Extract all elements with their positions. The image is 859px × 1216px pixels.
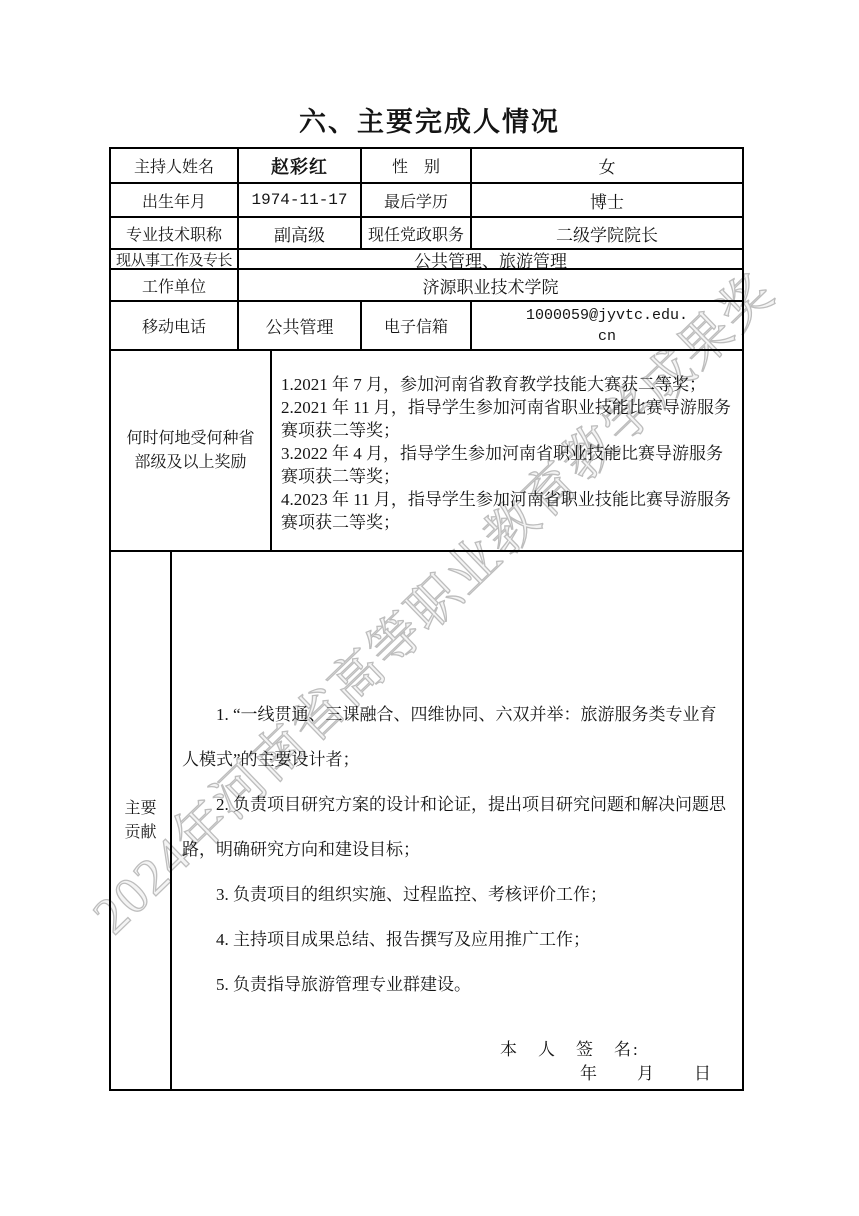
- table-row-name-gender: 主持人姓名 赵彩红 性 别 女: [111, 149, 742, 184]
- value-last-degree: 博士: [472, 184, 742, 216]
- page-title: 六、主要完成人情况: [0, 100, 859, 139]
- value-host-name: 赵彩红: [239, 149, 362, 182]
- contributions-list: 1. “一线贯通、三课融合、四维协同、六双并举：旅游服务类专业育人模式”的主要设…: [172, 552, 742, 1089]
- label-awards: 何时何地受何种省 部级及以上奖励: [111, 351, 272, 550]
- label-work-unit: 工作单位: [111, 270, 239, 300]
- contribution-item: 1. “一线贯通、三课融合、四维协同、六双并举：旅游服务类专业育人模式”的主要设…: [182, 692, 732, 782]
- document-page: 2024年河南省高等职业教育教学成果奖 六、主要完成人情况 主持人姓名 赵彩红 …: [0, 0, 859, 1216]
- award-item: 4.2023 年 11 月，指导学生参加河南省职业技能比赛导游服务赛项获二等奖；: [281, 488, 738, 534]
- label-main-contributions: 主要 贡献: [111, 552, 172, 1089]
- value-birth-date: 1974-11-17: [239, 184, 362, 216]
- award-item: 3.2022 年 4 月，指导学生参加河南省职业技能比赛导游服务赛项获二等奖；: [281, 442, 738, 488]
- label-last-degree: 最后学历: [362, 184, 472, 216]
- table-row-phone-email: 移动电话 公共管理 电子信箱 1000059@jyvtc.edu. cn: [111, 302, 742, 351]
- value-gender: 女: [472, 149, 742, 182]
- table-row-current-work: 现从事工作及专长 公共管理、旅游管理: [111, 250, 742, 270]
- contribution-item: 3. 负责项目的组织实施、过程监控、考核评价工作；: [182, 872, 732, 917]
- label-party-position: 现任党政职务: [362, 218, 472, 248]
- table-row-awards: 何时何地受何种省 部级及以上奖励 1.2021 年 7 月，参加河南省教育教学技…: [111, 351, 742, 552]
- value-current-work: 公共管理、旅游管理: [239, 250, 742, 268]
- award-item: 1.2021 年 7 月，参加河南省教育教学技能大赛获二等奖；: [281, 373, 738, 396]
- table-row-title-position: 专业技术职称 副高级 现任党政职务 二级学院院长: [111, 218, 742, 250]
- value-professional-title: 副高级: [239, 218, 362, 248]
- value-work-unit: 济源职业技术学院: [239, 270, 742, 300]
- signature-block: 本 人 签 名: 年 月 日: [500, 1038, 713, 1086]
- table-row-work-unit: 工作单位 济源职业技术学院: [111, 270, 742, 302]
- label-current-work: 现从事工作及专长: [111, 250, 239, 268]
- contribution-item: 5. 负责指导旅游管理专业群建设。: [182, 962, 732, 1007]
- value-email: 1000059@jyvtc.edu. cn: [472, 302, 742, 349]
- value-mobile-phone: 公共管理: [239, 302, 362, 349]
- completer-info-table: 主持人姓名 赵彩红 性 别 女 出生年月 1974-11-17 最后学历 博士 …: [109, 147, 744, 1091]
- table-row-birth-degree: 出生年月 1974-11-17 最后学历 博士: [111, 184, 742, 218]
- date-line: 年 月 日: [580, 1062, 713, 1086]
- label-mobile-phone: 移动电话: [111, 302, 239, 349]
- contribution-item: 4. 主持项目成果总结、报告撰写及应用推广工作；: [182, 917, 732, 962]
- label-gender: 性 别: [362, 149, 472, 182]
- label-birth-date: 出生年月: [111, 184, 239, 216]
- label-email: 电子信箱: [362, 302, 472, 349]
- label-professional-title: 专业技术职称: [111, 218, 239, 248]
- award-item: 2.2021 年 11 月，指导学生参加河南省职业技能比赛导游服务赛项获二等奖；: [281, 396, 738, 442]
- value-party-position: 二级学院院长: [472, 218, 742, 248]
- table-row-contributions: 主要 贡献 1. “一线贯通、三课融合、四维协同、六双并举：旅游服务类专业育人模…: [111, 552, 742, 1089]
- label-host-name: 主持人姓名: [111, 149, 239, 182]
- contribution-item: 2. 负责项目研究方案的设计和论证，提出项目研究问题和解决问题思路，明确研究方向…: [182, 782, 732, 872]
- signature-line: 本 人 签 名:: [500, 1038, 713, 1062]
- awards-list: 1.2021 年 7 月，参加河南省教育教学技能大赛获二等奖； 2.2021 年…: [272, 351, 742, 550]
